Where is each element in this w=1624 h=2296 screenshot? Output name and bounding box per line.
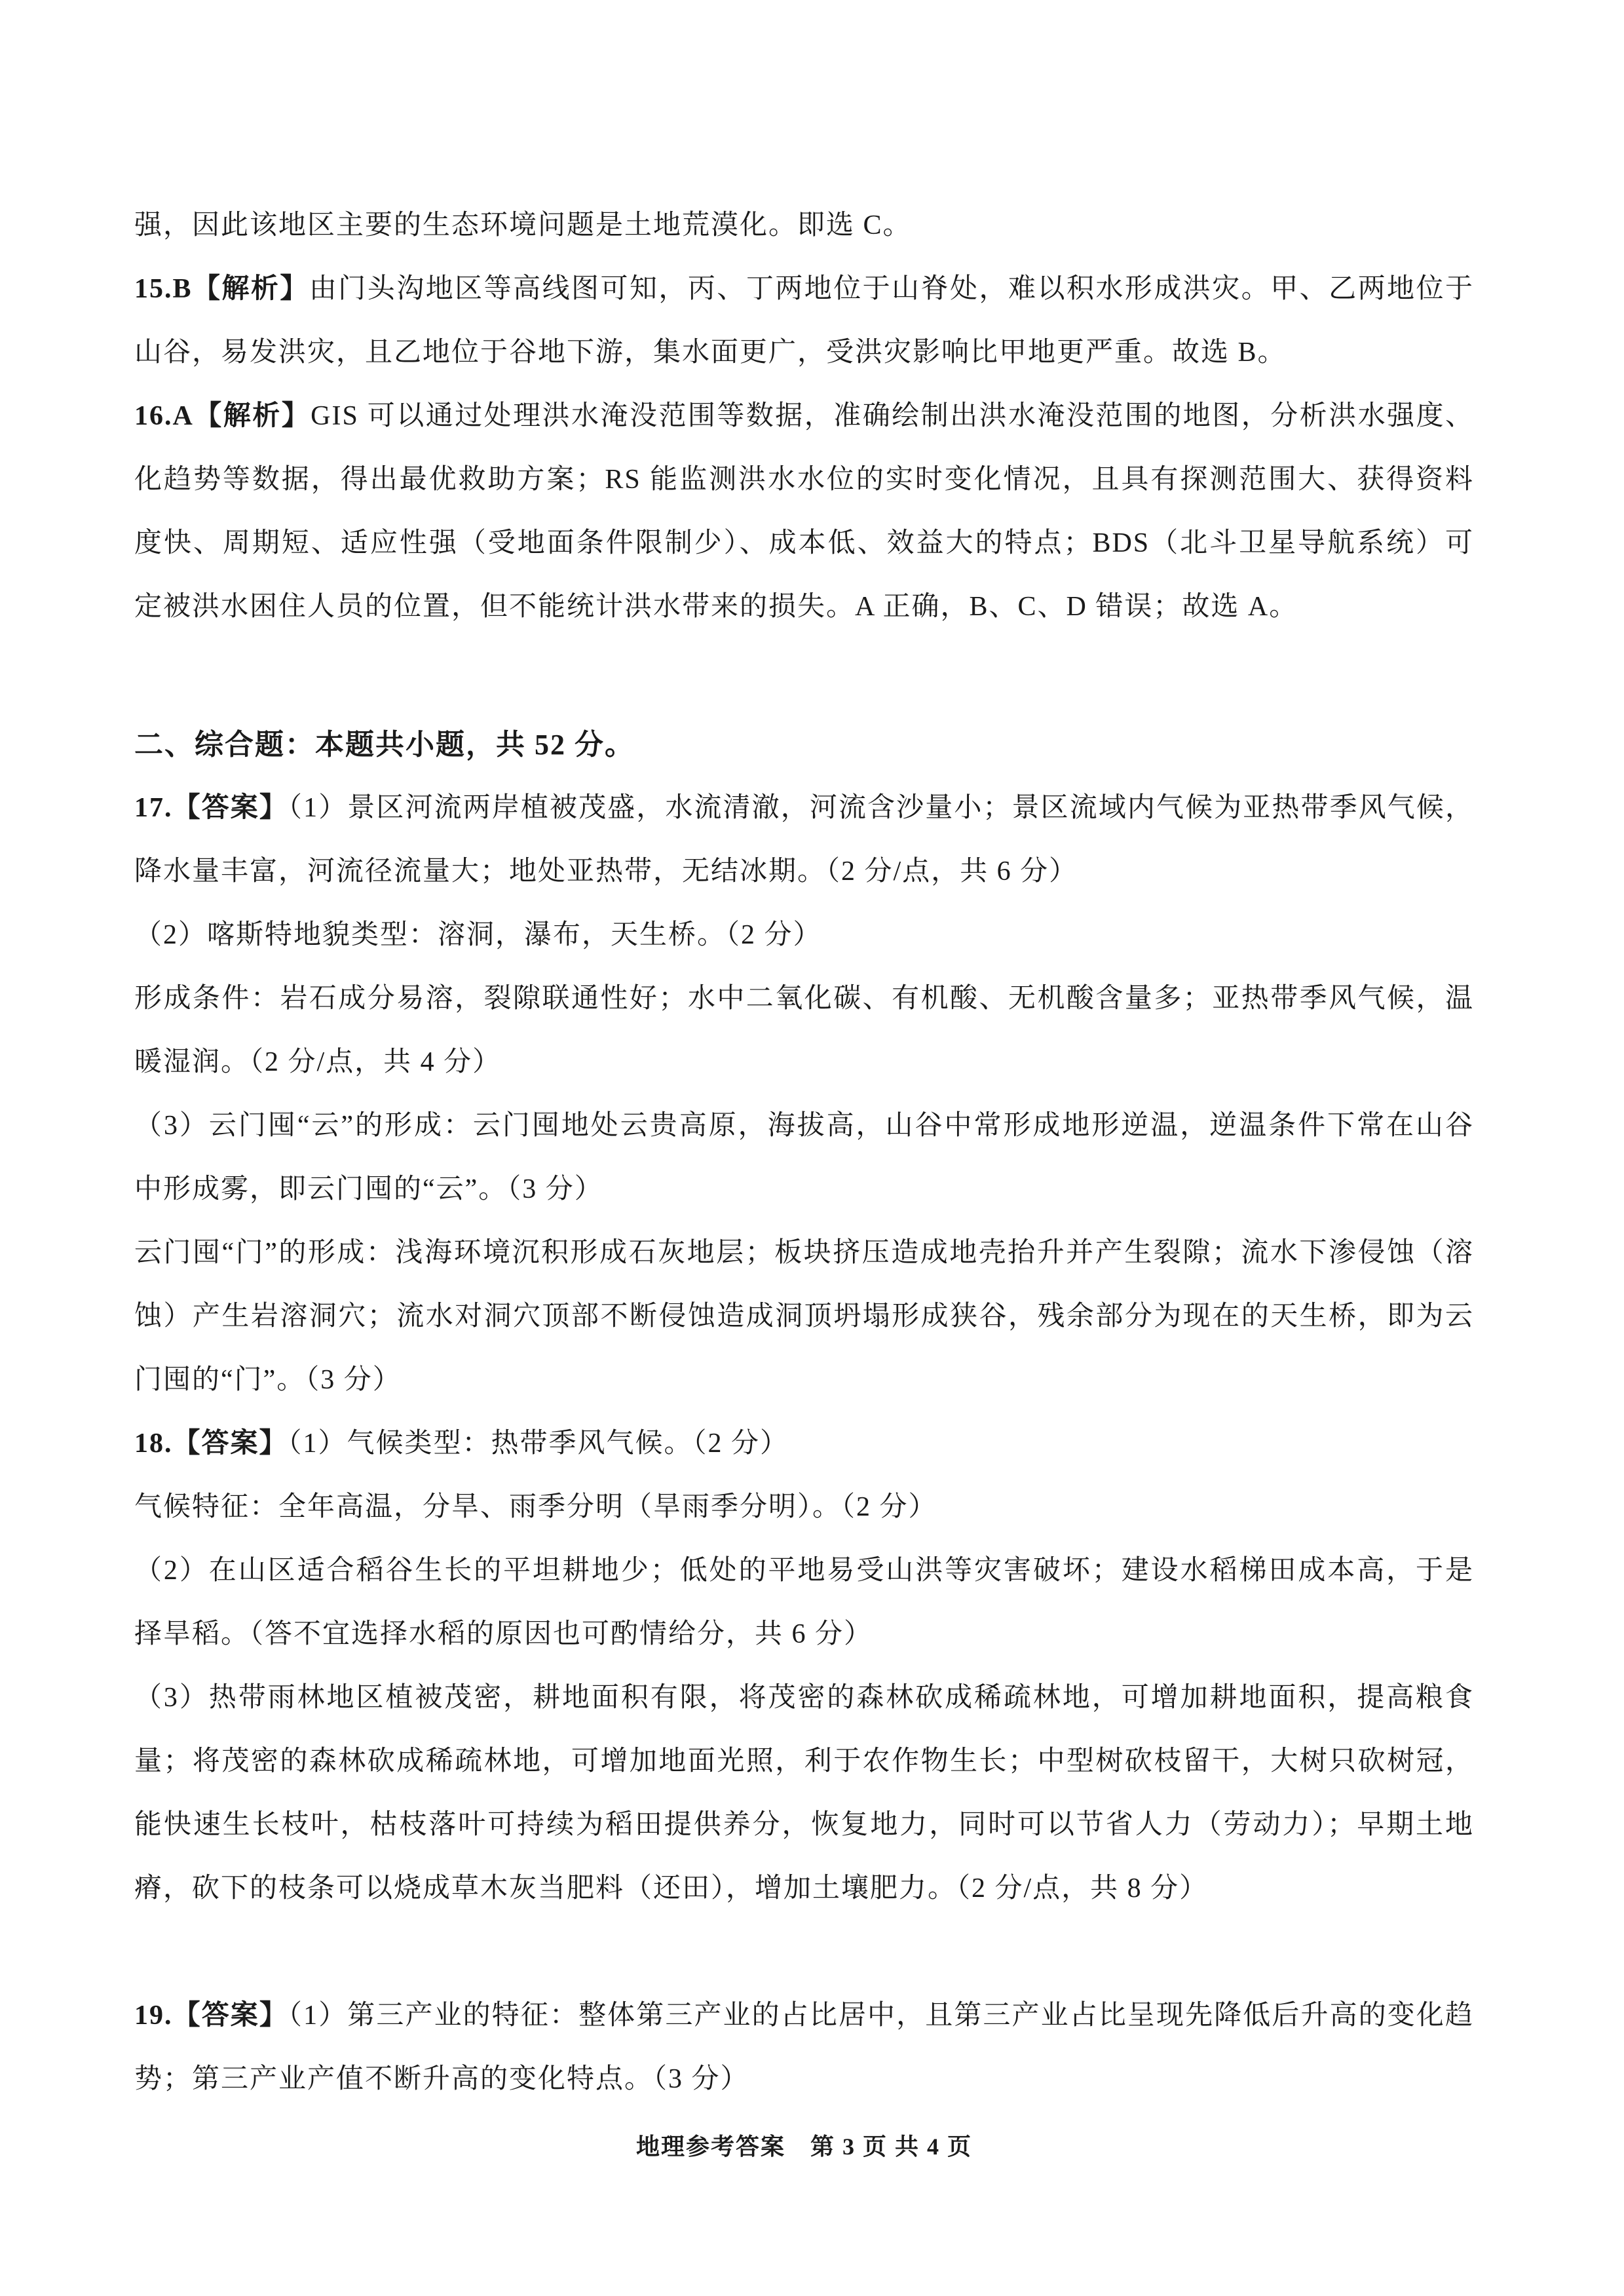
line-text: 定被洪水困住人员的位置，但不能统计洪水带来的损失。A 正确，B、C、D 错误；故… — [134, 592, 1298, 622]
paragraph-line: （3）热带雨林地区植被茂密，耕地面积有限，将茂密的森林砍成稀疏林地，可增加耕地面… — [134, 1666, 1474, 1730]
paragraph-line: 17.【答案】（1）景区河流两岸植被茂盛，水流清澈，河流含沙量小；景区流域内气候… — [134, 776, 1474, 840]
answer-label-18: 18.【答案】 — [134, 1428, 288, 1459]
line-text: 能快速生长枝叶，枯枝落叶可持续为稻田提供养分，恢复地力，同时可以节省人力（劳动力… — [134, 1810, 1474, 1857]
paragraph-line: （2）在山区适合稻谷生长的平坦耕地少；低处的平地易受山洪等灾害破坏；建设水稻梯田… — [134, 1539, 1474, 1603]
paragraph-line: 量；将茂密的森林砍成稀疏林地，可增加地面光照，利于农作物生长；中型树砍枝留干，大… — [134, 1730, 1474, 1793]
paragraph-line: 暖湿润。（2 分/点，共 4 分） — [134, 1031, 1474, 1094]
paragraph-line: 定被洪水困住人员的位置，但不能统计洪水带来的损失。A 正确，B、C、D 错误；故… — [134, 575, 1474, 639]
paragraph-line: 能快速生长枝叶，枯枝落叶可持续为稻田提供养分，恢复地力，同时可以节省人力（劳动力… — [134, 1793, 1474, 1857]
paragraph-line: （2）喀斯特地貌类型：溶洞，瀑布，天生桥。（2 分） — [134, 904, 1474, 967]
line-text: （1）第三产业的特征：整体第三产业的占比居中，且第三产业占比呈现先降低后升高的变… — [288, 2000, 1474, 2031]
paragraph-line: 度快、周期短、适应性强（受地面条件限制少）、成本低、效益大的特点；BDS（北斗卫… — [134, 512, 1474, 575]
paragraph-line: 云门囤“门”的形成：浅海环境沉积形成石灰地层；板块挤压造成地壳抬升并产生裂隙；流… — [134, 1221, 1474, 1285]
line-text: 降水量丰富，河流径流量大；地处亚热带，无结冰期。（2 分/点，共 6 分） — [134, 856, 1078, 887]
line-text: （2）在山区适合稻谷生长的平坦耕地少；低处的平地易受山洪等灾害破坏；建设水稻梯田… — [134, 1556, 1474, 1603]
paragraph-line: 15.B【解析】由门头沟地区等高线图可知，丙、丁两地位于山脊处，难以积水形成洪灾… — [134, 258, 1474, 321]
line-text: 由门头沟地区等高线图可知，丙、丁两地位于山脊处，难以积水形成洪灾。甲、乙两地位于 — [309, 274, 1474, 304]
page-footer: 地理参考答案 第 3 页 共 4 页 — [134, 2115, 1474, 2179]
paragraph-line: 山谷，易发洪灾，且乙地位于谷地下游，集水面更广，受洪灾影响比甲地更严重。故选 B… — [134, 321, 1474, 385]
line-text: 形成条件：岩石成分易溶，裂隙联通性好；水中二氧化碳、有机酸、无机酸含量多；亚热带… — [134, 984, 1474, 1014]
line-text: （2）喀斯特地貌类型：溶洞，瀑布，天生桥。（2 分） — [134, 920, 822, 950]
paragraph-line: 16.A【解析】GIS 可以通过处理洪水淹没范围等数据，准确绘制出洪水淹没范围的… — [134, 385, 1474, 448]
blank-line — [134, 1921, 1474, 1984]
paragraph-line: 瘠，砍下的枝条可以烧成草木灰当肥料（还田），增加土壤肥力。（2 分/点，共 8 … — [134, 1857, 1474, 1921]
paragraph-line: 18.【答案】（1）气候类型：热带季风气候。（2 分） — [134, 1412, 1474, 1476]
line-text: 择旱稻。（答不宜选择水稻的原因也可酌情给分，共 6 分） — [134, 1619, 873, 1649]
line-text: 中形成雾，即云门囤的“云”。（3 分） — [134, 1174, 603, 1204]
line-text: 化趋势等数据，得出最优救助方案；RS 能监测洪水水位的实时变化情况，且具有探测范… — [134, 465, 1474, 512]
paragraph-line: 中形成雾，即云门囤的“云”。（3 分） — [134, 1158, 1474, 1221]
line-text: 门囤的“门”。（3 分） — [134, 1365, 402, 1395]
line-text: （1）景区河流两岸植被茂盛，水流清澈，河流含沙量小；景区流域内气候为亚热带季风气… — [288, 793, 1474, 823]
line-text: 气候特征：全年高温，分旱、雨季分明（旱雨季分明）。（2 分） — [134, 1492, 937, 1522]
line-text: （3）云门囤“云”的形成：云门囤地处云贵高原，海拔高，山谷中常形成地形逆温，逆温… — [134, 1111, 1474, 1141]
line-text: 山谷，易发洪灾，且乙地位于谷地下游，集水面更广，受洪灾影响比甲地更严重。故选 B… — [134, 337, 1287, 368]
paragraph-line: 19.【答案】（1）第三产业的特征：整体第三产业的占比居中，且第三产业占比呈现先… — [134, 1984, 1474, 2048]
paragraph-line: 强，因此该地区主要的生态环境问题是土地荒漠化。即选 C。 — [134, 194, 1474, 258]
answer-label-15B: 15.B【解析】 — [134, 274, 309, 304]
answer-label-17: 17.【答案】 — [134, 793, 288, 823]
line-text: 云门囤“门”的形成：浅海环境沉积形成石灰地层；板块挤压造成地壳抬升并产生裂隙；流… — [134, 1238, 1474, 1268]
line-text: 暖湿润。（2 分/点，共 4 分） — [134, 1047, 501, 1077]
blank-line — [134, 639, 1474, 702]
line-text: （3）热带雨林地区植被茂密，耕地面积有限，将茂密的森林砍成稀疏林地，可增加耕地面… — [134, 1683, 1474, 1730]
paragraph-line: 势；第三产业产值不断升高的变化特点。（3 分） — [134, 2048, 1474, 2111]
paragraph-line: 降水量丰富，河流径流量大；地处亚热带，无结冰期。（2 分/点，共 6 分） — [134, 840, 1474, 904]
paragraph-line: 门囤的“门”。（3 分） — [134, 1349, 1474, 1412]
section-heading: 二、综合题：本题共小题，共 52 分。 — [134, 713, 1474, 776]
answer-text-block: 强，因此该地区主要的生态环境问题是土地荒漠化。即选 C。 15.B【解析】由门头… — [134, 194, 1474, 2179]
line-text: 蚀）产生岩溶洞穴；流水对洞穴顶部不断侵蚀造成洞顶坍塌形成狭谷，残余部分为现在的天… — [134, 1301, 1474, 1331]
line-text: 势；第三产业产值不断升高的变化特点。（3 分） — [134, 2064, 749, 2094]
paragraph-line: （3）云门囤“云”的形成：云门囤地处云贵高原，海拔高，山谷中常形成地形逆温，逆温… — [134, 1094, 1474, 1158]
line-text: 瘠，砍下的枝条可以烧成草木灰当肥料（还田），增加土壤肥力。（2 分/点，共 8 … — [134, 1873, 1208, 1904]
paragraph-line: 蚀）产生岩溶洞穴；流水对洞穴顶部不断侵蚀造成洞顶坍塌形成狭谷，残余部分为现在的天… — [134, 1285, 1474, 1349]
line-text: （1）气候类型：热带季风气候。（2 分） — [288, 1428, 789, 1459]
paragraph-line: 气候特征：全年高温，分旱、雨季分明（旱雨季分明）。（2 分） — [134, 1476, 1474, 1539]
line-text: 度快、周期短、适应性强（受地面条件限制少）、成本低、效益大的特点；BDS（北斗卫… — [134, 528, 1474, 575]
line-text: 量；将茂密的森林砍成稀疏林地，可增加地面光照，利于农作物生长；中型树砍枝留干，大… — [134, 1746, 1474, 1776]
paragraph-line: 择旱稻。（答不宜选择水稻的原因也可酌情给分，共 6 分） — [134, 1603, 1474, 1666]
answer-label-19: 19.【答案】 — [134, 2000, 288, 2031]
paragraph-line: 化趋势等数据，得出最优救助方案；RS 能监测洪水水位的实时变化情况，且具有探测范… — [134, 448, 1474, 512]
answer-label-16A: 16.A【解析】 — [134, 401, 311, 431]
answer-sheet-page: { "doc": { "heading": "二、综合题：本题共小题，共 52 … — [0, 0, 1624, 2296]
paragraph-line: 形成条件：岩石成分易溶，裂隙联通性好；水中二氧化碳、有机酸、无机酸含量多；亚热带… — [134, 967, 1474, 1031]
line-text: GIS 可以通过处理洪水淹没范围等数据，准确绘制出洪水淹没范围的地图，分析洪水强… — [134, 401, 1474, 448]
line-text: 强，因此该地区主要的生态环境问题是土地荒漠化。即选 C。 — [134, 210, 912, 240]
